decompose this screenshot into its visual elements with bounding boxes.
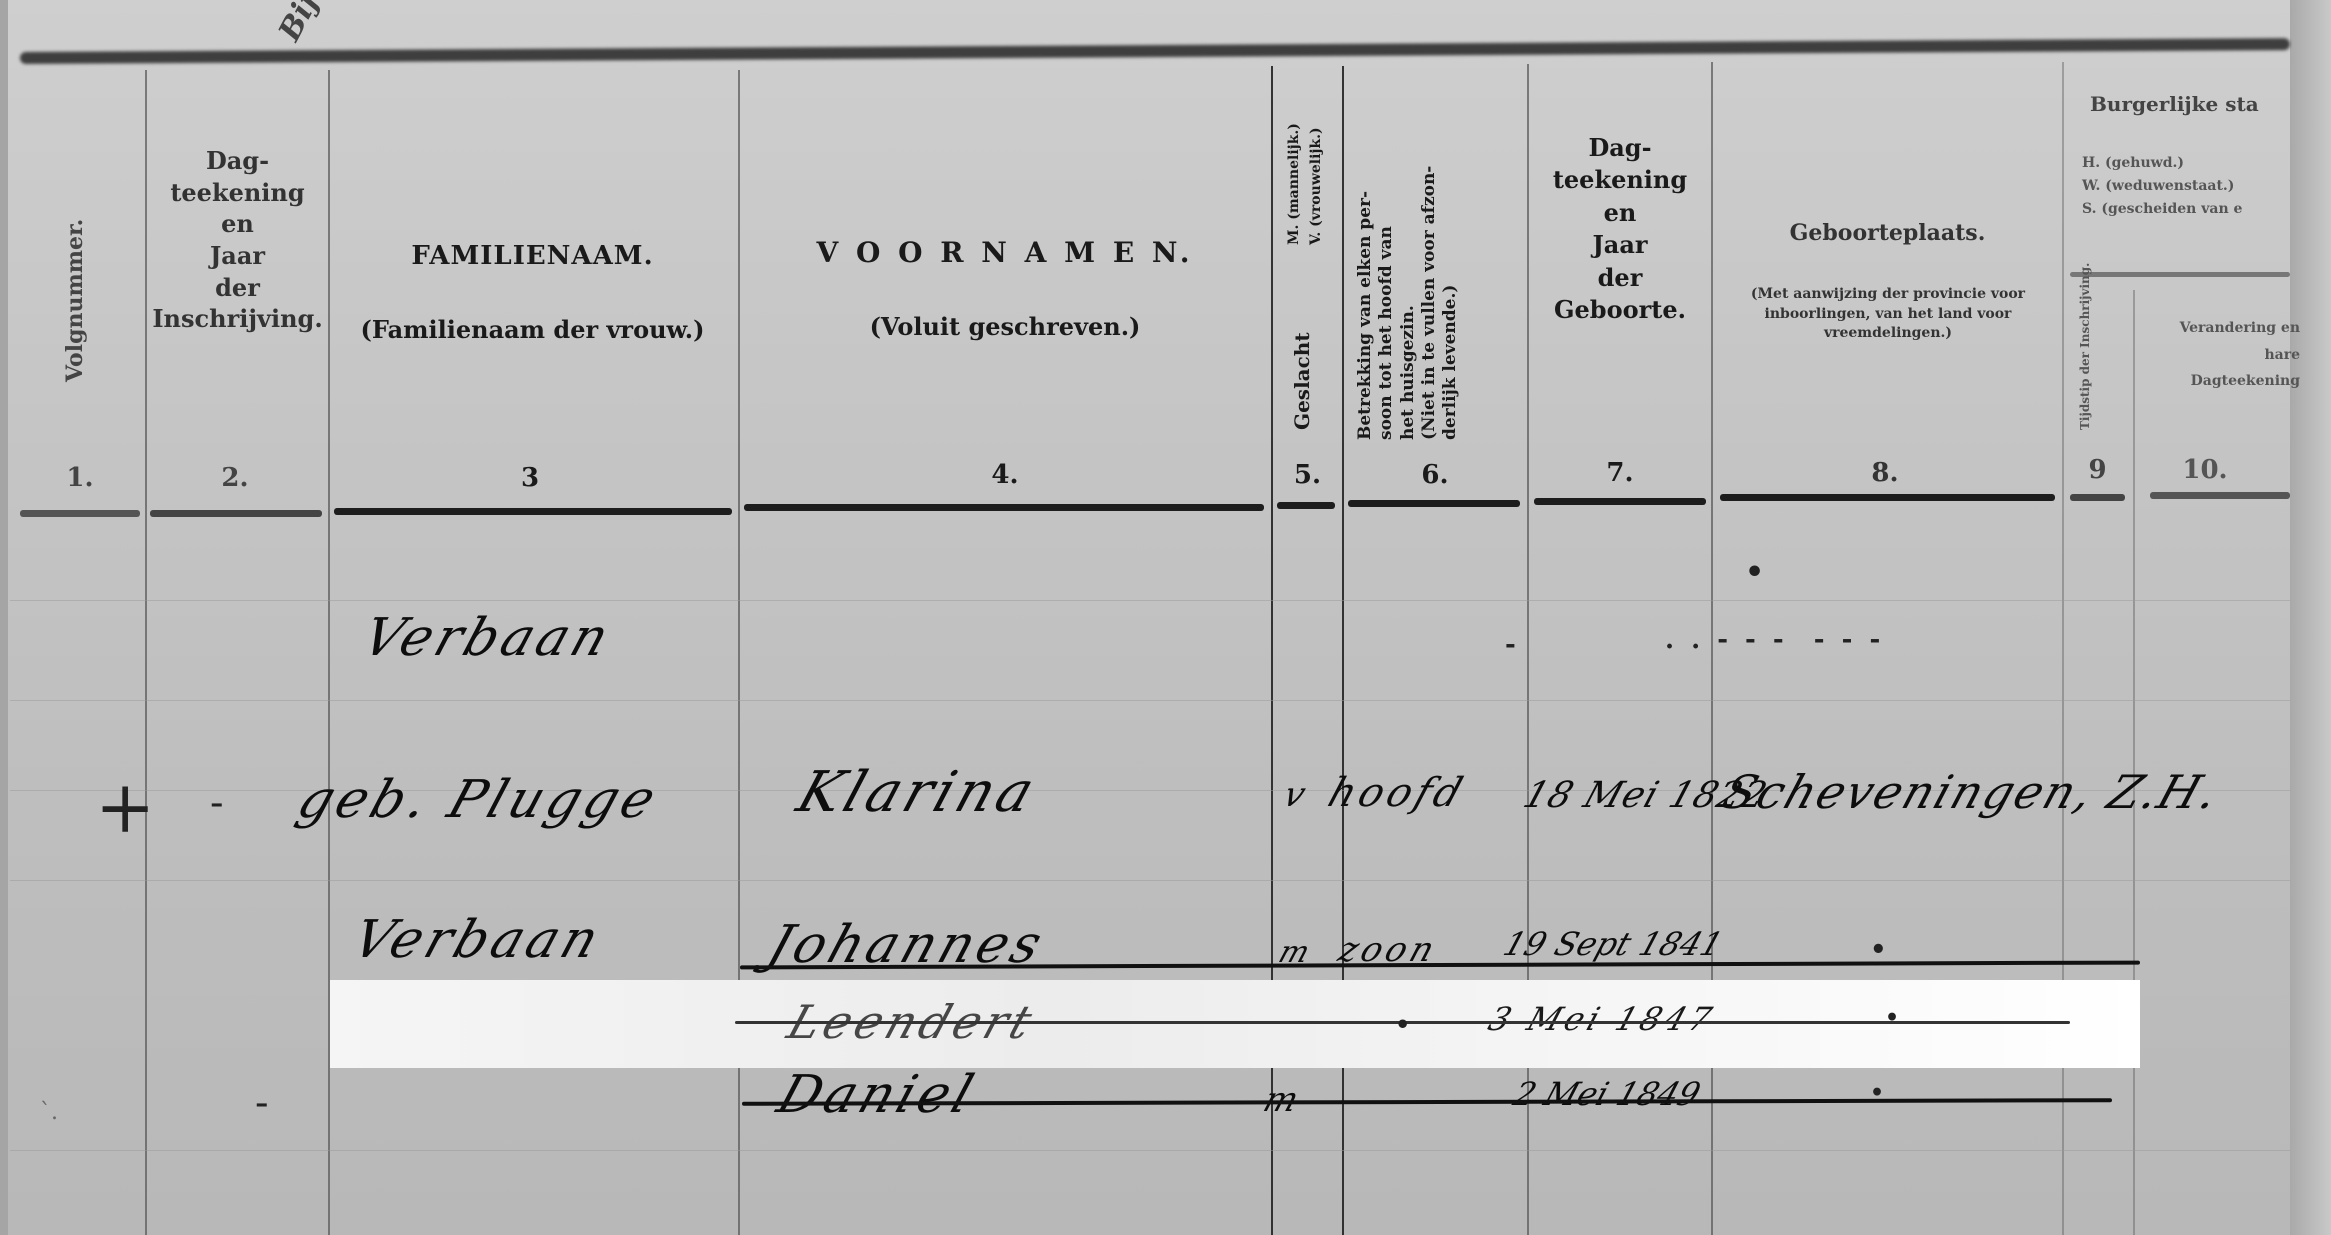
column-divider (2133, 290, 2135, 1235)
corner-annotation: Bij (272, 0, 325, 47)
header-familienaam-sub: (Familienaam der vrouw.) (330, 315, 735, 345)
header-rule (1720, 494, 2055, 501)
header-rule (744, 504, 1264, 511)
entry-1-geslacht: v (1279, 775, 1315, 815)
header-dagteekening-inschrijving: Dag- teekening en Jaar der Inschrijving. (150, 145, 325, 335)
top-rule (20, 38, 2290, 64)
colnum-5: 5. (1285, 460, 1330, 490)
ruled-line (10, 600, 2290, 601)
ruled-line (10, 1150, 2290, 1151)
header-volgnummer: Volgnummer. (62, 219, 88, 382)
entry-4-voornamen: Daniel (770, 1065, 984, 1125)
entry-2-geboorte: 19 Sept 1841 (1499, 925, 1728, 963)
col1-faint-mark: `. (40, 1100, 58, 1125)
redaction-band (330, 980, 2140, 1068)
legend-weduwenstaat: W. (weduwenstaat.) (2082, 178, 2234, 194)
ruled-line (10, 700, 2290, 701)
entry-0-dots: . . - - - - - - (1665, 625, 1884, 655)
entry-1-betrekking: hoofd (1323, 770, 1472, 816)
header-rule (1277, 502, 1335, 509)
register-page: Bij Volgnummer. Dag- teekening en Jaar d… (0, 0, 2331, 1235)
header-geboorteplaats: Geboorteplaats. (1715, 220, 2060, 248)
colnum-9: 9 (2075, 455, 2120, 485)
header-familienaam: FAMILIENAAM. (330, 240, 735, 273)
legend-gescheiden: S. (gescheiden van e (2082, 201, 2242, 217)
header-geslacht-v: V. (vrouwelijk.) (1308, 127, 1324, 245)
entry-4-dot: • (1870, 1080, 1884, 1106)
entry-0-dot: • (1745, 555, 1764, 590)
header-voornamen: V O O R N A M E N. (740, 235, 1270, 270)
column-divider (145, 70, 147, 1235)
colnum-8: 8. (1860, 458, 1910, 488)
ruled-line (10, 880, 2290, 881)
colnum-7: 7. (1595, 458, 1645, 488)
header-geboorteplaats-sub: (Met aanwijzing der provincie voor inboo… (1728, 285, 2048, 344)
entry-2-familienaam: Verbaan (345, 910, 610, 970)
colnum-4: 4. (980, 460, 1030, 490)
colnum-10: 10. (2175, 455, 2235, 485)
page-left-edge (0, 0, 8, 1235)
entry-4-geboorte: 2 Mei 1849 (1509, 1075, 1705, 1113)
entry-3-dot2: • (1885, 1005, 1899, 1031)
colnum-2: 2. (210, 463, 260, 493)
entry-1-dash-mark: - (210, 780, 224, 826)
header-dagteekening-geboorte: Dag- teekening en Jaar der Geboorte. (1530, 132, 1710, 326)
legend-gehuwd: H. (gehuwd.) (2082, 155, 2184, 171)
header-burgerlijke-stand: Burgerlijke sta (2090, 92, 2290, 117)
header-rule (2070, 494, 2125, 501)
header-geslacht: Geslacht (1290, 332, 1314, 430)
entry-0-mark: - (1505, 630, 1516, 660)
header-rule (1348, 500, 1520, 507)
header-rule (20, 510, 140, 517)
entry-2-dot: • (1870, 935, 1887, 965)
page-right-edge (2290, 0, 2331, 1235)
entry-1-voornamen: Klarina (789, 760, 1045, 825)
entry-4-dash-mark: - (255, 1080, 269, 1126)
header-geslacht-m: M. (mannelijk.) (1286, 123, 1302, 245)
header-rule (150, 510, 322, 517)
entry-1-cross-mark: + (95, 765, 155, 849)
header-verandering: Verandering en hare Dagteekening (2160, 315, 2300, 395)
header-tijdstip: Tijdstip der Inschrijving. (2078, 263, 2092, 430)
header-rule (2150, 492, 2290, 499)
entry-1-geboorteplaats: Scheveningen, Z.H. (1716, 765, 2227, 819)
header-betrekking: Betrekking van elken per- soon tot het h… (1355, 166, 1461, 440)
entry-3-dot: • (1395, 1010, 1410, 1039)
header-rule (334, 508, 732, 515)
entry-3-geboorte: 3 Mei 1847 (1484, 1000, 1720, 1038)
colnum-1: 1. (55, 463, 105, 493)
entry-1-familienaam: geb. Plugge (290, 770, 666, 830)
header-voornamen-sub: (Voluit geschreven.) (740, 312, 1270, 342)
colnum-3: 3 (505, 463, 555, 493)
colnum-6: 6. (1410, 460, 1460, 490)
header-rule (1534, 498, 1706, 505)
group-rule (2070, 272, 2290, 277)
entry-0-familienaam: Verbaan (355, 608, 620, 668)
